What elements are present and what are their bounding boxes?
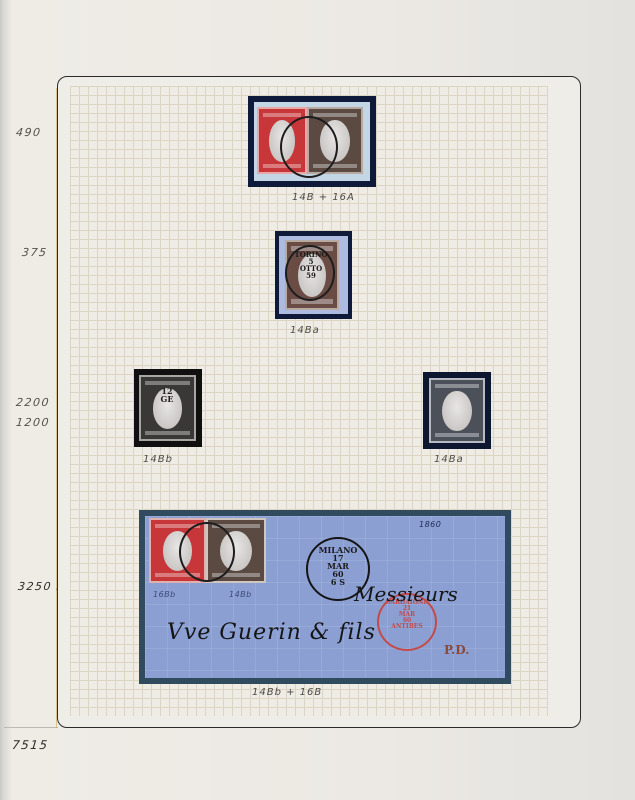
- item-label: 14Ba: [290, 325, 320, 336]
- address-line: Messieurs: [354, 582, 458, 606]
- pencil-note: 16Bb: [153, 590, 176, 599]
- stamp-mount[interactable]: 12 GE: [134, 369, 202, 447]
- postmark-text: MILANO 17 MAR 60 6 S: [311, 546, 365, 586]
- price-total: 7515: [11, 738, 49, 752]
- year-note: 1860: [419, 520, 441, 529]
- pd-mark: P.D.: [444, 643, 469, 657]
- price-note: 490: [15, 126, 42, 139]
- price-note: 375: [21, 246, 48, 259]
- stamp-grey: [429, 378, 485, 443]
- item-label: 14Bb: [143, 454, 173, 465]
- album-page: 490 375 2200 1200 3250 Δ 7515 14B + 16A …: [0, 0, 635, 800]
- postal-cover[interactable]: 16Bb 14Bb 1860 MILANO 17 MAR 60 6 S SARD…: [139, 510, 511, 684]
- item-label: 14B + 16A: [292, 192, 355, 203]
- postmark-text: TORINO 5 OTTO 59: [289, 251, 333, 279]
- price-note: 2200: [15, 396, 50, 409]
- total-rule: [4, 727, 58, 728]
- stamp-mount[interactable]: TORINO 5 OTTO 59: [275, 231, 352, 319]
- postmark: [179, 522, 235, 582]
- postmark: [280, 116, 338, 178]
- stamp-black: [139, 375, 196, 441]
- pencil-note: 14Bb: [229, 590, 252, 599]
- item-label: 14Ba: [434, 454, 464, 465]
- postmark-text: 12 GE: [152, 387, 182, 403]
- address-line: Vve Guerin & fils: [167, 620, 376, 645]
- price-note: 1200: [15, 416, 50, 429]
- stamp-mount[interactable]: [248, 96, 376, 187]
- item-label: 14Bb + 16B: [252, 687, 322, 698]
- stamp-mount[interactable]: [423, 372, 491, 449]
